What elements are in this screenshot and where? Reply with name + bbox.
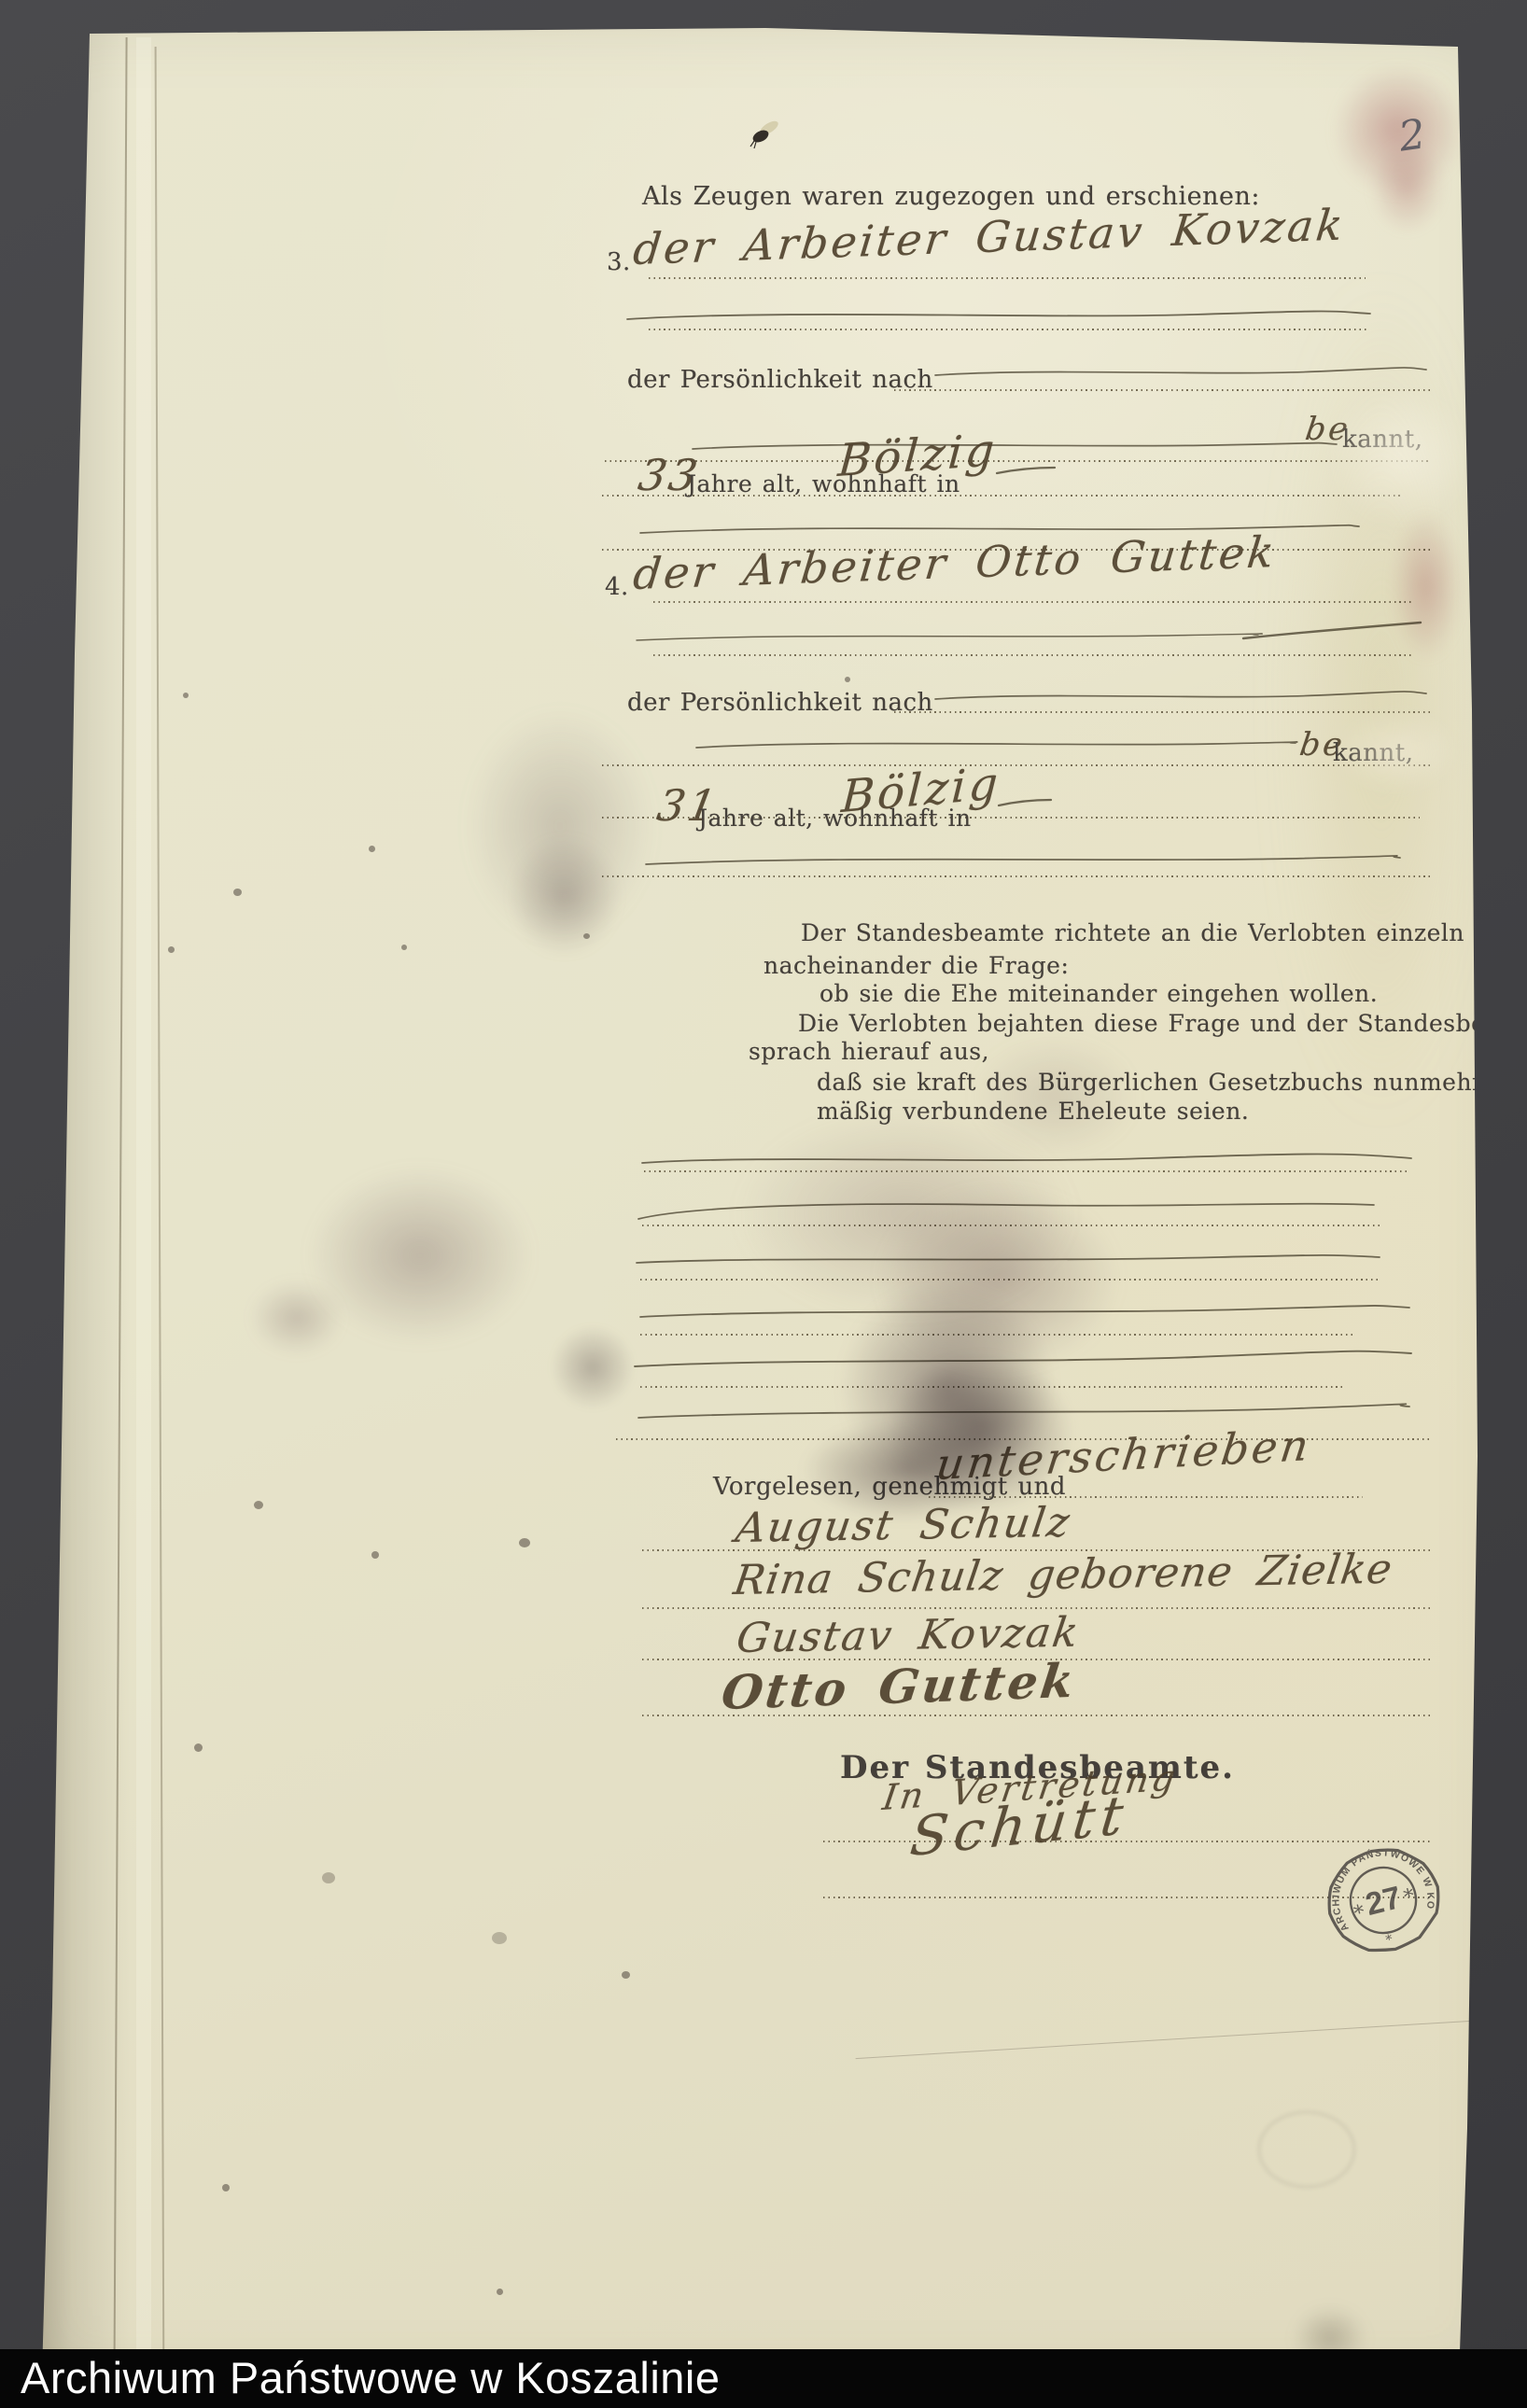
hand-stroke (638, 1404, 1409, 1418)
speck (233, 889, 242, 896)
declaration-line: ob sie die Ehe miteinander eingehen woll… (820, 980, 1378, 1007)
speck (401, 945, 407, 950)
dotted-line (602, 764, 1431, 766)
hand-stroke (627, 312, 1370, 320)
dotted-line (640, 1386, 1346, 1388)
hand-stroke (640, 1306, 1409, 1317)
speck (254, 1501, 263, 1509)
dotted-line (653, 601, 1414, 603)
hand-stroke (635, 1351, 1411, 1366)
speck (583, 933, 590, 939)
dotted-line (640, 1279, 1380, 1281)
right-edge-shadow (1492, 0, 1527, 2408)
hand-stroke (638, 1204, 1374, 1219)
speck (322, 1872, 335, 1883)
hand-stroke (999, 800, 1051, 805)
dotted-line (653, 654, 1411, 656)
hand-stroke (693, 443, 1337, 449)
speck (183, 693, 189, 698)
document-page: Als Zeugen waren zugezogen und erschiene… (0, 0, 1527, 2408)
scanned-document: Als Zeugen waren zugezogen und erschiene… (0, 0, 1527, 2408)
dotted-line (640, 1334, 1353, 1336)
top-edge-shadow (0, 0, 1527, 28)
stamp-number: 27 (1362, 1880, 1405, 1923)
declaration-line: nacheinander die Frage: (763, 952, 1069, 979)
stamp-right-star: * (1402, 1884, 1418, 1910)
speck (497, 2289, 503, 2295)
speck (371, 1551, 379, 1559)
dotted-line (649, 277, 1366, 279)
dotted-line (602, 875, 1433, 877)
speck (369, 846, 375, 852)
fly-legs (750, 141, 756, 148)
dotted-line (644, 1170, 1409, 1172)
hand-stroke-lines (0, 0, 1527, 2408)
hand-stroke (997, 468, 1055, 473)
margin-pen-mark (45, 1465, 54, 1480)
fly-speck (747, 116, 784, 155)
dotted-line (894, 711, 1430, 713)
witness4-number: 4. (605, 573, 629, 601)
hand-stroke (637, 634, 1262, 640)
hand-stroke (646, 856, 1400, 864)
hand-stroke (637, 1255, 1380, 1263)
bekannt-suffix-print-2: kannt, (1333, 739, 1413, 767)
hand-stroke (1243, 623, 1421, 638)
archive-footer-bar: Archiwum Państwowe w Koszalinie (0, 2349, 1527, 2408)
bekannt-suffix-print-1: kannt, (1342, 426, 1422, 454)
speck (519, 1538, 530, 1547)
signature-august-schulz: August Schulz (733, 1499, 1074, 1552)
declaration-line: daß sie kraft des Bürgerlichen Gesetzbuc… (817, 1069, 1527, 1096)
dotted-line (605, 460, 1430, 462)
archive-name: Archiwum Państwowe w Koszalinie (0, 2349, 1527, 2406)
dotted-line (894, 389, 1430, 391)
declaration-line: mäßig verbundene Eheleute seien. (817, 1098, 1249, 1125)
dotted-line (642, 1225, 1380, 1226)
stamp-bottom-star: * (1384, 1932, 1394, 1948)
declaration-line: Die Verlobten bejahten diese Frage und d… (798, 1010, 1527, 1037)
speck (222, 2184, 230, 2191)
hand-stroke (696, 742, 1297, 748)
identity-label-2: der Persönlichkeit nach (627, 689, 933, 717)
declaration-line: sprach hierauf aus, (749, 1038, 989, 1065)
speck (622, 1971, 630, 1979)
hand-stroke (935, 368, 1426, 375)
dotted-line (649, 329, 1367, 330)
speck (194, 1743, 203, 1752)
speck (492, 1932, 507, 1944)
stamp-left-star: * (1352, 1901, 1367, 1926)
speck (168, 946, 175, 953)
declaration-line: Der Standesbeamte richtete an die Verlob… (801, 919, 1520, 946)
hand-stroke (935, 692, 1426, 699)
witness3-number: 3. (607, 248, 631, 276)
speck (845, 677, 850, 682)
identity-label-1: der Persönlichkeit nach (627, 366, 933, 394)
hand-stroke (642, 1155, 1411, 1164)
